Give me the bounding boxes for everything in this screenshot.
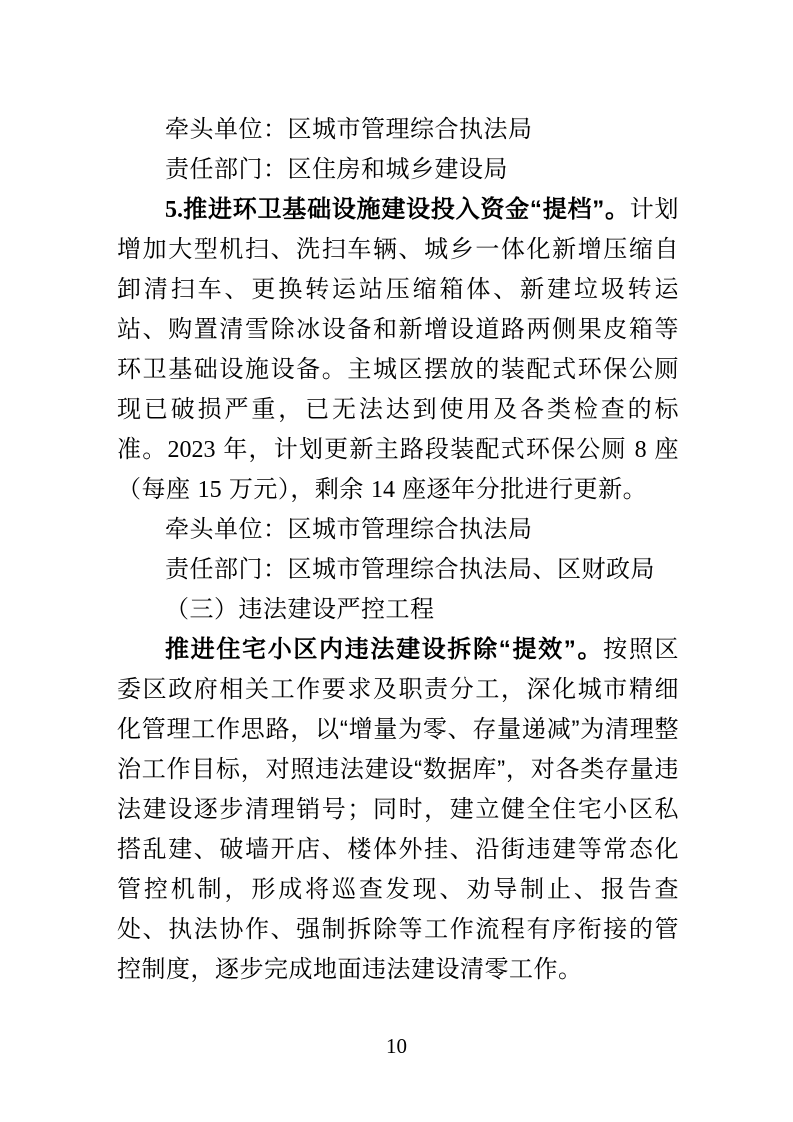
- section-heading-text: （三）违法建设严控工程: [165, 596, 435, 623]
- paragraph-text: 万元），剩余: [222, 476, 371, 503]
- paragraph-lead-unit-1: 牵头单位：区城市管理综合执法局: [117, 110, 679, 150]
- year-value: 2023: [167, 437, 215, 463]
- page-footer: 10: [0, 1032, 793, 1060]
- paragraph-text: 责任部门：区住房和城乡建设局: [165, 156, 508, 183]
- document-page: 牵头单位：区城市管理综合执法局 责任部门：区住房和城乡建设局 5.推进环卫基础设…: [0, 0, 793, 1122]
- paragraph-text: 按照区委区政府相关工作要求及职责分工，深化城市精细化管理工作思路，以“增量为零、…: [117, 636, 679, 983]
- paragraph-bold-lead: 推进环卫基础设施建设投入资金“提档”。: [183, 196, 630, 223]
- paragraph-lead-unit-2: 牵头单位：区城市管理综合执法局: [117, 510, 679, 550]
- remaining-count: 14: [371, 477, 395, 503]
- paragraph-text: 座逐年分批进行更新。: [395, 476, 647, 503]
- paragraph-text: 牵头单位：区城市管理综合执法局: [165, 516, 533, 543]
- cost-per-unit: 15: [198, 477, 222, 503]
- paragraph-item-5-sanitation-funding: 5.推进环卫基础设施建设投入资金“提档”。计划增加大型机扫、洗扫车辆、城乡一体化…: [117, 190, 679, 510]
- paragraph-text: 年，计划更新主路段装配式环保公厕: [215, 436, 634, 463]
- paragraph-text: 牵头单位：区城市管理综合执法局: [165, 116, 533, 143]
- paragraph-bold-lead: 推进住宅小区内违法建设拆除“提效”。: [165, 636, 603, 663]
- item-number: 5.: [165, 197, 183, 223]
- page-number: 10: [386, 1034, 407, 1058]
- paragraph-illegal-construction-demolition: 推进住宅小区内违法建设拆除“提效”。按照区委区政府相关工作要求及职责分工，深化城…: [117, 630, 679, 990]
- document-body: 牵头单位：区城市管理综合执法局 责任部门：区住房和城乡建设局 5.推进环卫基础设…: [117, 110, 679, 990]
- paragraph-text: 计划增加大型机扫、洗扫车辆、城乡一体化新增压缩自卸清扫车、更换转运站压缩箱体、新…: [117, 196, 679, 463]
- paragraph-text: 责任部门：区城市管理综合执法局、区财政局: [165, 556, 655, 583]
- paragraph-responsible-dept-2: 责任部门：区城市管理综合执法局、区财政局: [117, 550, 679, 590]
- paragraph-section-3-heading: （三）违法建设严控工程: [117, 590, 679, 630]
- toilet-count: 8: [635, 437, 647, 463]
- paragraph-responsible-dept-1: 责任部门：区住房和城乡建设局: [117, 150, 679, 190]
